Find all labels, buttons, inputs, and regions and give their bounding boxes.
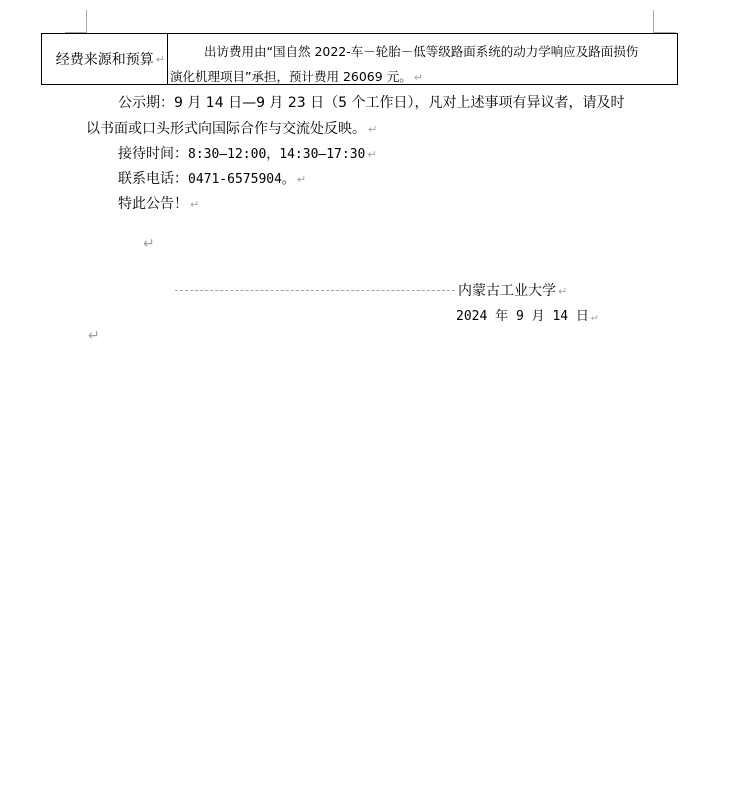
signature-organization: 内蒙古工业大学↵ bbox=[458, 280, 567, 300]
notice-period-line-1: 公示期：9 月 14 日—9 月 23 日（5 个工作日），凡对上述事项有异议者… bbox=[118, 92, 625, 112]
budget-content-line-1: 出访费用由“国自然 2022-车－轮胎－低等级路面系统的动力学响应及路面损伤 bbox=[204, 42, 638, 60]
paragraph-mark-icon: ↵ bbox=[190, 198, 199, 211]
reception-time: 接待时间：8:30—12:00，14:30—17:30↵ bbox=[118, 143, 377, 163]
paragraph-mark-icon: ↵ bbox=[156, 53, 165, 66]
paragraph-mark-icon: ↵ bbox=[368, 123, 377, 136]
closing-statement: 特此公告！↵ bbox=[118, 193, 199, 213]
paragraph-mark-icon: ↵ bbox=[297, 173, 306, 186]
signature-date: 2024 年 9 月 14 日↵ bbox=[456, 305, 598, 324]
page-corner-mark-top-right bbox=[653, 10, 676, 33]
budget-content-line-2: 演化机理项目”承担，预计费用 26069 元。↵ bbox=[170, 67, 423, 85]
paragraph-mark-icon: ↵ bbox=[558, 285, 567, 298]
budget-table: 经费来源和预算↵ 出访费用由“国自然 2022-车－轮胎－低等级路面系统的动力学… bbox=[41, 33, 678, 85]
page-corner-mark-top-left bbox=[65, 10, 87, 33]
paragraph-mark-icon: ↵ bbox=[143, 236, 155, 252]
notice-period-line-2: 以书面或口头形式向国际合作与交流处反映。↵ bbox=[86, 118, 377, 138]
paragraph-mark-icon: ↵ bbox=[414, 71, 423, 84]
paragraph-mark-icon: ↵ bbox=[591, 310, 598, 323]
paragraph-mark-icon: ↵ bbox=[367, 148, 376, 161]
budget-content-cell[interactable]: 出访费用由“国自然 2022-车－轮胎－低等级路面系统的动力学响应及路面损伤 演… bbox=[168, 34, 677, 84]
tab-leader-dots bbox=[175, 290, 455, 291]
budget-label-cell[interactable]: 经费来源和预算↵ bbox=[42, 34, 168, 84]
budget-label: 经费来源和预算 bbox=[56, 49, 154, 69]
contact-phone: 联系电话：0471-6575904。↵ bbox=[118, 168, 306, 188]
paragraph-mark-icon: ↵ bbox=[88, 328, 100, 344]
